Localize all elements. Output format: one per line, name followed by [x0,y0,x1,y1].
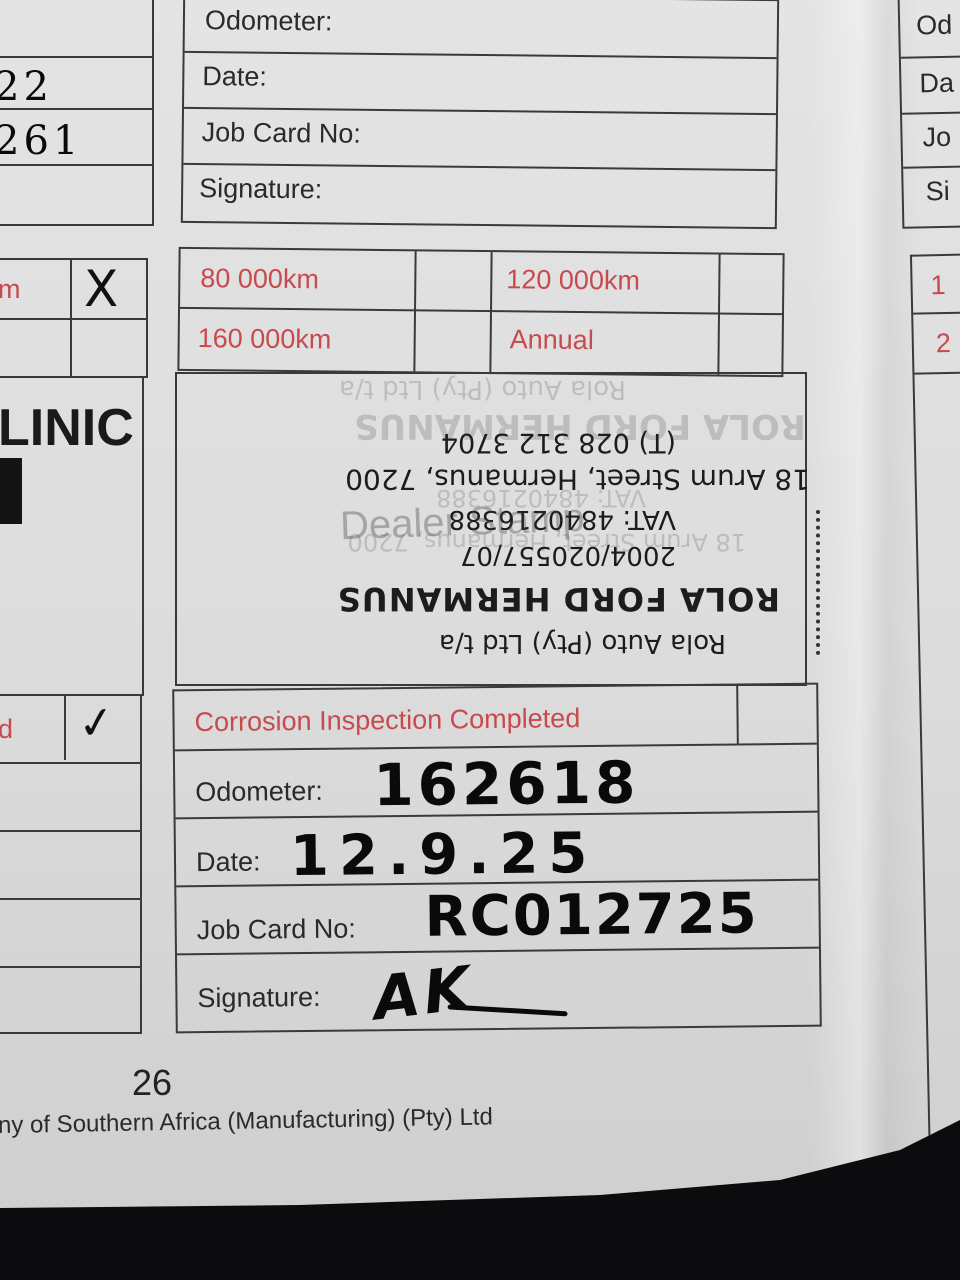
corrosion-inspection-label: Corrosion Inspection Completed [194,703,580,738]
left-corrosion-fragment: d [0,714,13,745]
interval-160000km: 160 000km [198,323,332,355]
stamp-phone: (T) 028 312 3704 [441,427,676,458]
job-card-value[interactable]: RC012725 [424,881,759,949]
right-interval-fragment-1: 1 [930,270,946,301]
checkbox-120000km[interactable] [720,255,783,312]
interval-x-mark: X [84,260,118,318]
left-stamp-block: LINIC [0,376,144,696]
upper-date-label: Date: [202,61,267,93]
stamp-ghost-line: Rola Auto (Pty) Ltd t/a [339,374,626,404]
interval-80000km: 80 000km [200,263,319,295]
right-upper-block: Od Da Jo Si [898,0,960,229]
stamp-dealer-name: ROLA FORD HERMANUS [337,580,780,618]
right-jobcard-fragment: Jo [922,122,951,154]
left-date-fragment: 22 [0,64,53,110]
date-label: Date: [196,846,261,878]
upper-signature-label: Signature: [199,173,322,205]
signature-label: Signature: [197,982,320,1014]
odometer-label: Odometer: [195,776,323,808]
left-interval-fragment: m [0,274,21,305]
spine-stitching [816,510,824,655]
job-card-label: Job Card No: [197,913,356,946]
odometer-value[interactable]: 162618 [373,749,640,820]
upper-jobcard-label: Job Card No: [202,117,361,150]
service-book-page: 22 261 m X LINIC d ✓ Odometer: Date: Job… [0,0,960,1220]
corrosion-inspection-checkbox[interactable] [738,685,817,742]
corrosion-check-mark: ✓ [75,696,119,752]
stamp-company-line: Rola Auto (Pty) Ltd t/a [439,628,726,658]
interval-annual: Annual [510,324,594,356]
signature-value[interactable]: AK [370,953,478,1034]
service-interval-grid: 80 000km 120 000km 160 000km Annual [177,247,784,377]
clinic-heading-fragment: LINIC [0,398,134,458]
date-value[interactable]: 12.9.25 [290,821,598,889]
footer-copyright: ny of Southern Africa (Manufacturing) (P… [0,1103,493,1140]
left-upper-block: 22 261 [0,0,154,226]
upper-odometer-label: Odometer: [205,5,333,37]
right-date-fragment: Da [919,68,954,100]
left-interval-block: m X [0,258,148,378]
page-number: 26 [132,1062,172,1104]
right-signature-fragment: Si [925,176,950,207]
right-interval-fragment-2: 2 [935,328,951,359]
upper-record-block: Odometer: Date: Job Card No: Signature: [181,0,779,229]
clinic-logo-fragment [0,458,22,524]
service-record-block: Corrosion Inspection Completed Odometer:… [172,683,822,1034]
left-record-block: d ✓ [0,694,142,1034]
checkbox-annual[interactable] [719,315,782,376]
dealer-stamp-placeholder: Dealer Stamp [339,496,585,550]
left-jobcard-fragment: 261 [0,118,82,164]
checkbox-160000km[interactable] [415,311,488,372]
stamp-registration-number: 2004/020557/07 [460,540,676,570]
interval-120000km: 120 000km [506,264,640,296]
stamp-address: 18 Arum Street, Hermanus, 7200 [345,463,810,496]
right-odometer-fragment: Od [916,10,953,42]
checkbox-80000km[interactable] [416,251,489,308]
